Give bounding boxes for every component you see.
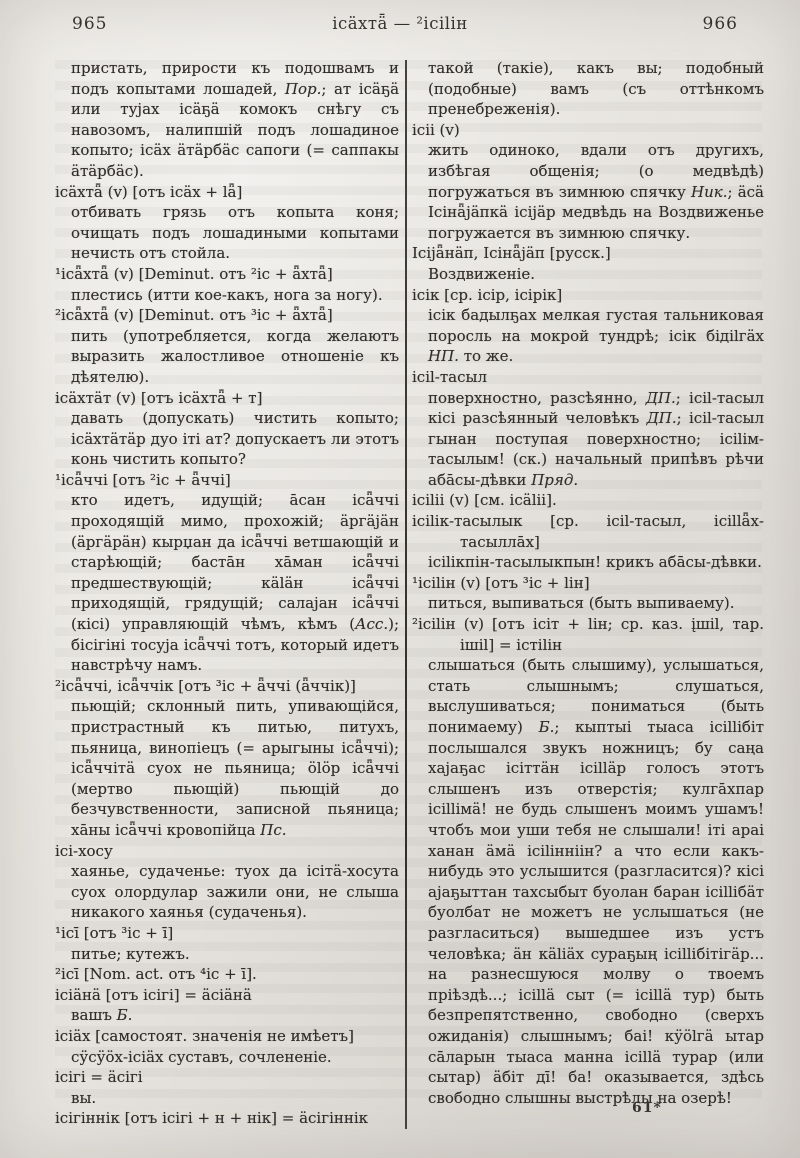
dictionary-definition: такой (такіе), какъ вы; подобный (подобн… xyxy=(428,58,764,120)
column-divider-rule xyxy=(405,60,407,1129)
scanned-dictionary-page: 965 ісäхтǟ — ²ісіlін 966 пристать, приро… xyxy=(0,0,800,1158)
dictionary-headword: ¹ісǟхтǟ (v) [Deminut. отъ ²іс + ǟхтǟ] xyxy=(55,264,399,285)
dictionary-headword: ²icilін (v) [отъ ісіт + lін; ср. каз. įш… xyxy=(412,614,764,655)
dictionary-definition: вашъ Б. xyxy=(71,1005,399,1026)
dictionary-headword: ісік [ср. ісір, ісірік] xyxy=(412,285,764,306)
dictionary-definition: слышаться (быть слышиму), услышаться, ст… xyxy=(428,655,764,1108)
dictionary-definition: iciliкпін-тасылыкпын! крикъ абāсы-дѣвки. xyxy=(428,552,764,573)
dictionary-headword: ¹icilін (v) [отъ ³іс + lін] xyxy=(412,573,764,594)
running-title: ісäхтǟ — ²ісіlін xyxy=(0,14,800,33)
dictionary-definition: питье; кутежъ. xyxy=(71,944,399,965)
dictionary-definition: пить (употребляется, когда желаютъ выраз… xyxy=(71,326,399,388)
dictionary-definition: хаянье, судаченье: туох да ісітä-хосута … xyxy=(71,861,399,923)
dictionary-definition: кто идетъ, идущій; āсан ісǟччі проходящі… xyxy=(71,490,399,675)
page-number-right: 966 xyxy=(703,14,738,34)
dictionary-definition: питься, выпиваться (быть выпиваему). xyxy=(428,593,764,614)
dictionary-headword: ісäхтǟ (v) [отъ ісäх + lǟ] xyxy=(55,182,399,203)
dictionary-definition: сӱсӱöх-іciäх суставъ, сочлененіе. xyxy=(71,1047,399,1068)
dictionary-headword: ісäхтäт (v) [отъ ісäхтǟ + т] xyxy=(55,388,399,409)
dictionary-definition: плестись (итти кое-какъ, нога за ногу). xyxy=(71,285,399,306)
left-column: пристать, прирости къ подошвамъ и подъ к… xyxy=(55,58,399,1129)
dictionary-headword: ²ісǟхтǟ (v) [Deminut. отъ ³іс + ǟхтǟ] xyxy=(55,305,399,326)
dictionary-definition: пристать, прирости къ подошвамъ и подъ к… xyxy=(71,58,399,182)
text-columns: пристать, прирости къ подошвамъ и подъ к… xyxy=(0,52,800,1129)
dictionary-definition: давать (допускать) чистить копыто; ісäхт… xyxy=(71,408,399,470)
signature-mark: 61* xyxy=(632,1100,662,1116)
dictionary-headword: Ісіjǟнäп, Ісінǟjäп [русск.] xyxy=(412,243,764,264)
dictionary-headword: ісігіннік [отъ ісігі + н + нік] = äсігін… xyxy=(55,1108,399,1129)
dictionary-headword: icilii (v) [см. icälii]. xyxy=(412,490,764,511)
dictionary-definition: Воздвиженіе. xyxy=(428,264,764,285)
dictionary-definition: ісік бадылҕах мелкая густая тальниковая … xyxy=(428,305,764,367)
dictionary-headword: icil-тасыл xyxy=(412,367,764,388)
dictionary-definition: вы. xyxy=(71,1088,399,1109)
dictionary-headword: іciäх [самостоят. значенія не имѣетъ] xyxy=(55,1026,399,1047)
dictionary-headword: ¹ісǟччі [отъ ²іс + ǟччі] xyxy=(55,470,399,491)
dictionary-headword: ісіäнä [отъ ісігі] = äciäнä xyxy=(55,985,399,1006)
dictionary-headword: icii (v) xyxy=(412,120,764,141)
page-header: 965 ісäхтǟ — ²ісіlін 966 xyxy=(0,0,800,52)
dictionary-definition: отбивать грязь отъ копыта коня; очищать … xyxy=(71,202,399,264)
dictionary-headword: ісігі = äсігі xyxy=(55,1067,399,1088)
dictionary-headword: icilік-тасылык [ср. icil-тасыл, icillǟх-… xyxy=(412,511,764,552)
dictionary-definition: поверхностно, разсѣянно, ДП.; icil-тасыл… xyxy=(428,388,764,491)
dictionary-headword: ici-хосу xyxy=(55,841,399,862)
dictionary-definition: жить одиноко, вдали отъ другихъ, избѣгая… xyxy=(428,140,764,243)
dictionary-headword: ²іcī [Nom. act. отъ ⁴іс + ī]. xyxy=(55,964,399,985)
dictionary-headword: ²ісǟччі, ісǟччік [отъ ³іс + ǟччі (ǟччік)… xyxy=(55,676,399,697)
right-column: такой (такіе), какъ вы; подобный (подобн… xyxy=(412,58,764,1129)
dictionary-definition: пьющій; склонный пить, упивающійся, прис… xyxy=(71,696,399,840)
dictionary-headword: ¹іcī [отъ ³іс + ī] xyxy=(55,923,399,944)
